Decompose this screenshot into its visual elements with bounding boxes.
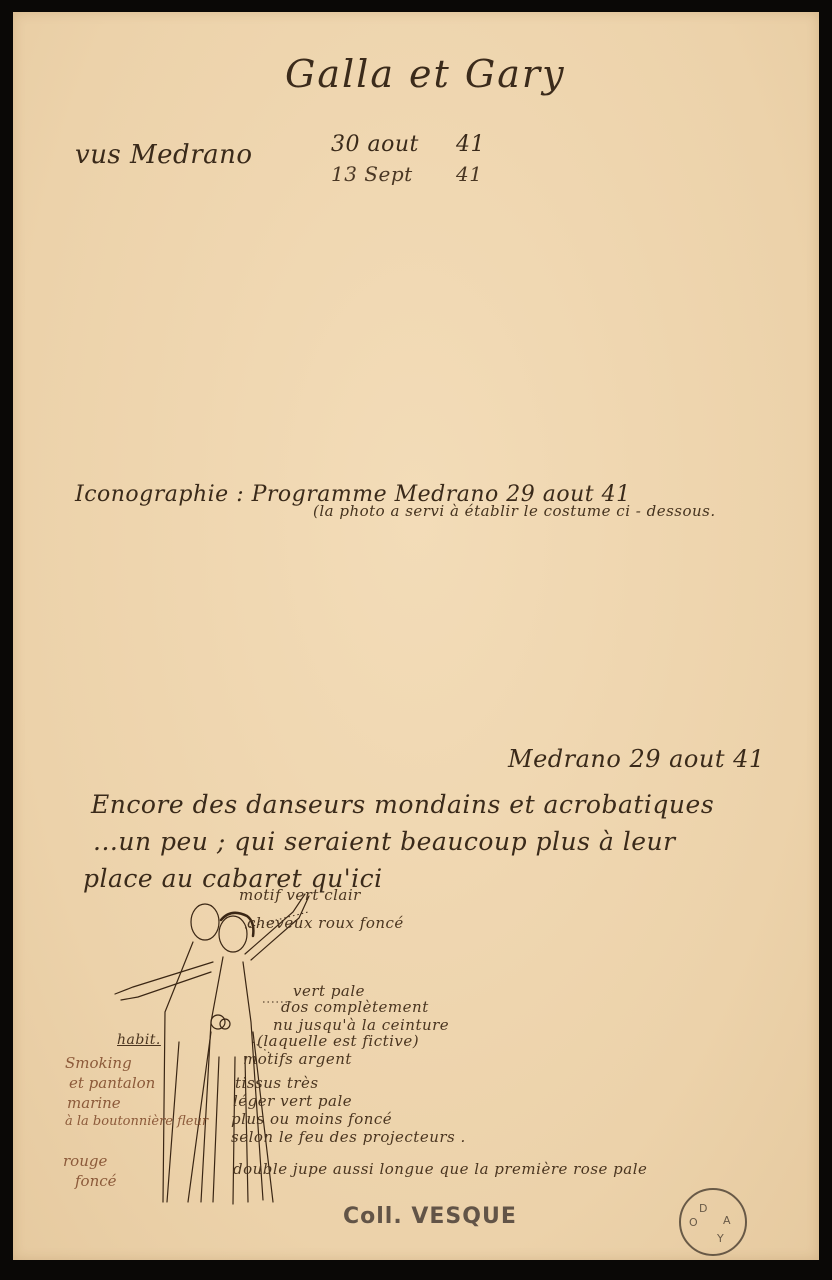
- annotation-back: dos complètement: [281, 998, 429, 1016]
- annotation-habit: habit.: [117, 1032, 161, 1048]
- annotation-belt: (laquelle est fictive): [257, 1032, 419, 1050]
- annotation-red-1: Smoking: [65, 1054, 132, 1072]
- annotation-motif: motif vert clair: [239, 886, 361, 904]
- annotation-red-2: et pantalon: [69, 1074, 155, 1092]
- collection-stamp: Coll. VESQUE: [343, 1204, 517, 1229]
- seen-date-2: 13 Sept: [331, 162, 413, 186]
- annotation-red-4: à la boutonnière fleur: [65, 1114, 208, 1129]
- review-heading: Medrano 29 aout 41: [508, 745, 765, 773]
- round-library-stamp: O D A Y: [679, 1188, 747, 1256]
- seen-label: vus Medrano: [75, 140, 253, 170]
- annotation-silver: motifs argent: [243, 1050, 352, 1068]
- review-line-1: Encore des danseurs mondains et acrobati…: [91, 790, 714, 819]
- review-line-2: ...un peu ; qui seraient beaucoup plus à…: [93, 827, 676, 856]
- annotation-fabric: tissus très: [235, 1074, 319, 1092]
- seen-year-1: 41: [456, 132, 485, 157]
- annotation-red-3: marine: [67, 1094, 121, 1112]
- seen-date-1: 30 aout: [331, 132, 419, 157]
- annotation-red-6: foncé: [75, 1172, 117, 1190]
- annotation-hair: cheveux roux foncé: [247, 914, 404, 932]
- seen-year-2: 41: [456, 162, 482, 186]
- annotation-skirt: double jupe aussi longue que la première…: [233, 1160, 647, 1178]
- document-title: Galla et Gary: [285, 52, 566, 96]
- iconography-subline: (la photo a servi à établir le costume c…: [313, 502, 716, 520]
- annotation-lights: selon le feu des projecteurs .: [231, 1128, 466, 1146]
- annotation-shade: plus ou moins foncé: [231, 1110, 392, 1128]
- annotation-red-5: rouge: [63, 1152, 107, 1170]
- document-sheet: Galla et Gary vus Medrano 30 aout 41 13 …: [13, 12, 819, 1260]
- annotation-light-green: léger vert pale: [233, 1092, 352, 1110]
